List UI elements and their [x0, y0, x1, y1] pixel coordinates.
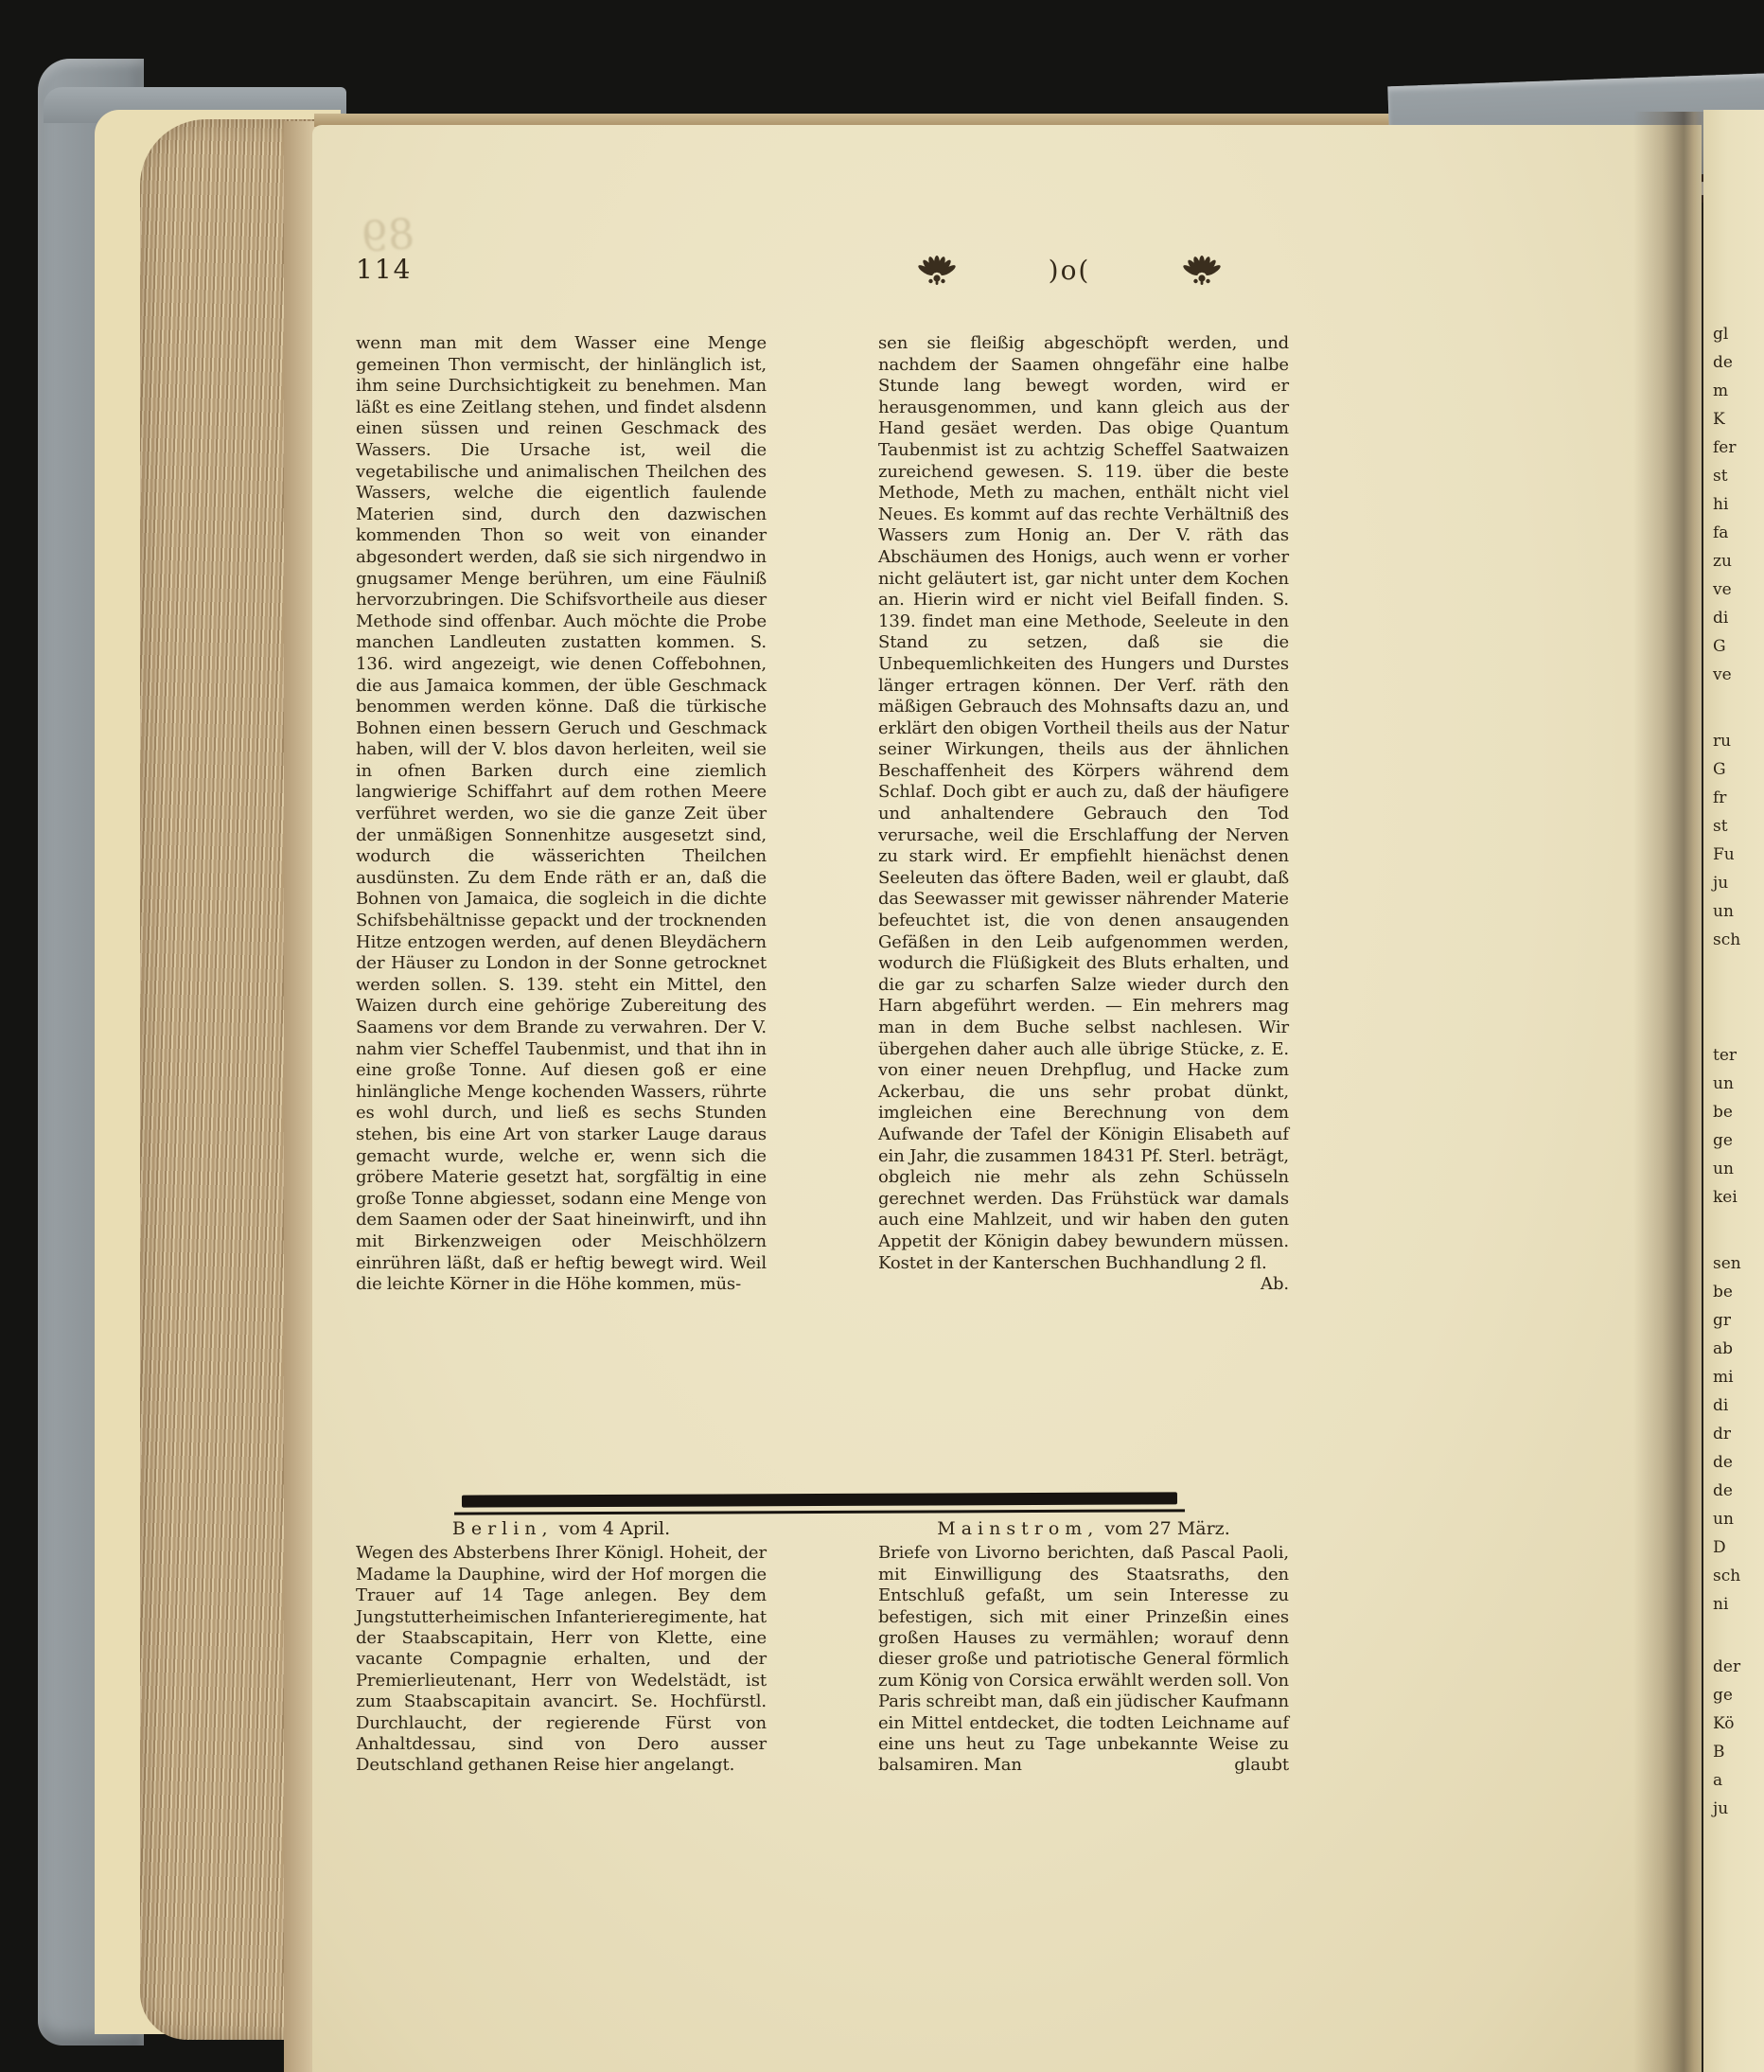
next-page-sliver: gldemKfersthifazuvediGve ruGfrstFujuunsc…	[1703, 110, 1764, 2072]
edge-text-fragment: fa	[1713, 519, 1764, 547]
edge-fragment-group: dergeKöBaju	[1713, 1653, 1764, 1823]
edge-text-fragment: B	[1713, 1738, 1764, 1766]
edge-text-fragment: K	[1713, 405, 1764, 434]
edge-text-fragment: ve	[1713, 661, 1764, 689]
edge-text-fragment: fer	[1713, 434, 1764, 462]
edge-text-fragment: ju	[1713, 1795, 1764, 1823]
edge-text-fragment: fr	[1713, 784, 1764, 812]
edge-text-fragment: ter	[1713, 1041, 1764, 1070]
news-section-mainstrom: Mainstrom, vom 27 März. Briefe von Livor…	[878, 1518, 1289, 1777]
edge-text-fragment: un	[1713, 1070, 1764, 1098]
reviewer-signature: Ab.	[1261, 1274, 1289, 1296]
news-body-mainstrom-text: Briefe von Livorno berichten, daß Pascal…	[878, 1543, 1289, 1775]
edge-text-fragment: kei	[1713, 1183, 1764, 1212]
edge-text-fragment: a	[1713, 1766, 1764, 1795]
edge-text-fragment: be	[1713, 1278, 1764, 1306]
edge-text-fragment: ge	[1713, 1681, 1764, 1709]
edge-text-fragment: ni	[1713, 1590, 1764, 1619]
news-city-berlin: Berlin,	[452, 1518, 554, 1539]
edge-text-fragment: ab	[1713, 1335, 1764, 1363]
news-heading-mainstrom: Mainstrom, vom 27 März.	[878, 1518, 1289, 1539]
news-date-mainstrom: vom 27 März.	[1099, 1518, 1229, 1539]
divider-bar	[462, 1492, 1177, 1507]
edge-fragment-group: ruGfrstFujuunsch	[1713, 727, 1764, 954]
edge-text-fragment: di	[1713, 1391, 1764, 1420]
edge-text-fragment: D	[1713, 1533, 1764, 1562]
edge-text-fragment: der	[1713, 1653, 1764, 1681]
page-number: 114	[356, 254, 412, 285]
edge-text-fragment: gr	[1713, 1306, 1764, 1335]
news-heading-berlin: Berlin, vom 4 April.	[356, 1518, 767, 1539]
edge-text-fragment: st	[1713, 812, 1764, 841]
gutter-shadow	[1633, 112, 1703, 2072]
edge-text-fragment: Kö	[1713, 1709, 1764, 1738]
news-date-berlin: vom 4 April.	[554, 1518, 671, 1539]
edge-text-fragment: un	[1713, 897, 1764, 926]
review-column-right: sen sie fleißig abgeschöpft werden, und …	[878, 333, 1289, 1296]
section-divider	[462, 1492, 1177, 1514]
edge-text-fragment: sen	[1713, 1249, 1764, 1278]
edge-text-fragment: de	[1713, 1448, 1764, 1477]
edge-text-fragment: zu	[1713, 547, 1764, 576]
edge-text-fragment: de	[1713, 348, 1764, 377]
edge-text-fragment: gl	[1713, 320, 1764, 348]
edge-text-fragment: G	[1713, 632, 1764, 661]
edge-text-fragment: G	[1713, 755, 1764, 784]
edge-text-fragment: ge	[1713, 1126, 1764, 1155]
edge-text-fragment: sch	[1713, 1562, 1764, 1590]
news-city-mainstrom: Mainstrom,	[937, 1518, 1099, 1539]
edge-text-fragment: Fu	[1713, 841, 1764, 869]
news-body-mainstrom: Briefe von Livorno berichten, daß Pascal…	[878, 1543, 1289, 1776]
edge-text-fragment: m	[1713, 377, 1764, 405]
news-section-berlin: Berlin, vom 4 April. Wegen des Absterben…	[356, 1518, 767, 1777]
edge-fragment-group: terunbegeunkei	[1713, 1041, 1764, 1212]
page-edge-stack-inner	[284, 121, 316, 2072]
edge-text-fragment: st	[1713, 462, 1764, 490]
edge-text-fragment: be	[1713, 1098, 1764, 1126]
edge-text-fragment: ve	[1713, 576, 1764, 604]
edge-text-fragment: ru	[1713, 727, 1764, 755]
palmette-fleuron-icon	[918, 253, 956, 287]
palmette-fleuron-icon	[1183, 253, 1221, 287]
edge-text-fragment: hi	[1713, 490, 1764, 519]
edge-fragment-group: gldemKfersthifazuvediGve	[1713, 320, 1764, 689]
catchword: glaubt	[1234, 1755, 1289, 1776]
review-column-right-text: sen sie fleißig abgeschöpft werden, und …	[878, 333, 1289, 1273]
edge-text-fragment: ju	[1713, 869, 1764, 897]
review-column-left: wenn man mit dem Wasser eine Menge gemei…	[356, 333, 767, 1296]
divider-rule	[454, 1509, 1184, 1514]
edge-text-fragment: sch	[1713, 926, 1764, 954]
news-body-berlin: Wegen des Absterbens Ihrer Königl. Hohei…	[356, 1543, 767, 1776]
edge-text-fragment: de	[1713, 1477, 1764, 1505]
edge-text-fragment: di	[1713, 604, 1764, 632]
edge-text-fragment: un	[1713, 1155, 1764, 1183]
edge-fragment-group: senbegrabmididrdedeunDschni	[1713, 1249, 1764, 1619]
signature-mark: )o(	[1049, 255, 1091, 286]
book-page: 89 114 )o( wenn man mit dem Wasser eine …	[312, 125, 1702, 2072]
header-ornaments: )o(	[918, 250, 1221, 290]
edge-text-fragment: dr	[1713, 1420, 1764, 1448]
edge-text-fragment: mi	[1713, 1363, 1764, 1391]
edge-text-fragment: un	[1713, 1505, 1764, 1533]
